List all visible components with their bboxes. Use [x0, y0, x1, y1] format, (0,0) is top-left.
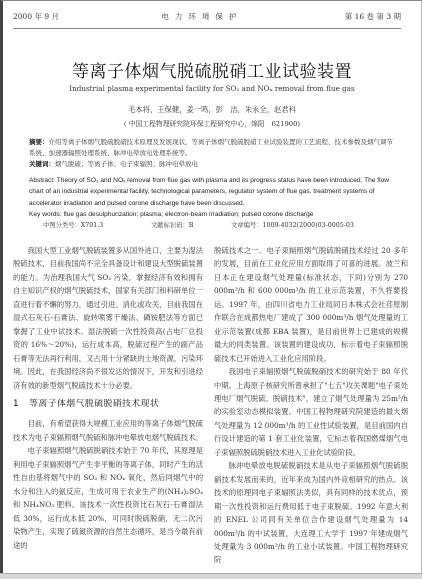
- journal-name: 电力环境保护: [161, 11, 242, 23]
- affiliation: ( 中国工程物理研究院环保工程研究中心，绵阳 621900): [3, 118, 421, 128]
- journal-page: 2000 年 9 月 电力环境保护 第 16 卷 第 3 期 等离子体烟气脱硫脱…: [0, 0, 422, 574]
- english-title: Industrial plasma experimental facility …: [3, 84, 421, 93]
- domestic-research-paragraph: 我国电子束辐照烟气脱硫脱硝技术的研究始于 80 年代中期。上海原子核研究所曾承担…: [214, 365, 408, 459]
- abstract-en: Abstract: Theory of SO₂ and NOₓ removal …: [29, 175, 399, 209]
- abstract-cn: 摘要：介绍等离子体烟气脱硫脱硝技术原理及发展现状，等离子体烟气脱硫脱硝工业试验装…: [29, 137, 399, 159]
- running-head: 2000 年 9 月 电力环境保护 第 16 卷 第 3 期: [13, 11, 401, 23]
- keywords-en: Key words: flue gas desulphurization; pl…: [29, 209, 399, 220]
- volume-issue: 第 16 卷 第 3 期: [345, 11, 401, 23]
- keywords-cn-label: 关键词：: [29, 160, 55, 168]
- header-rule: [13, 28, 401, 29]
- section-paragraph-2: 电子束辐照烟气脱硫脱硝技术始于 70 年代，其原理是利用电子束辐照烟气产生非平衡…: [13, 444, 203, 552]
- chinese-abstract-block: 摘要：介绍等离子体烟气脱硫脱硝技术原理及发展现状，等离子体烟气脱硫脱硝工业试验装…: [29, 137, 399, 170]
- keywords-en-label: Key words:: [29, 211, 62, 218]
- pulsed-corona-paragraph: 脉冲电晕放电脱硫脱硝技术是从电子束辐照烟气脱硫脱硝技术发展而来的，近年来成为国内…: [214, 459, 408, 567]
- section-title: 等离子体烟气脱硫脱硝技术现状: [29, 399, 159, 409]
- classification-row: 中图分类号：X701.3 文献标识码：B 文章编号：1009-4032(2000…: [43, 220, 401, 229]
- section-heading: 1等离子体烟气脱硫脱硝技术现状: [13, 398, 203, 411]
- viewer-bottom-edge: [0, 573, 422, 579]
- article-number: 文章编号：1009-4032(2000)03-0005-03: [231, 220, 354, 229]
- right-column: 脱硫技术之一。电子束辐照烟气脱硫脱硝技术经过 20 多年的发展，目前在工业化应用…: [214, 244, 408, 567]
- abstract-cn-label: 摘要：: [29, 138, 49, 146]
- english-abstract-block: Abstract: Theory of SO₂ and NOₓ removal …: [29, 175, 399, 220]
- abstract-cn-text: 介绍等离子体烟气脱硫脱硝技术原理及发展现状，等离子体烟气脱硫脱硝工业试验装置的工…: [29, 138, 393, 157]
- issue-date: 2000 年 9 月: [13, 11, 59, 23]
- section-paragraph-1: 目前，有希望获得大规模工业应用的等离子体烟气脱硫技术为电子束辐照烟气脱硫和脉冲电…: [13, 417, 203, 444]
- keywords-en-text: flue gas desulphurization; plasma; elect…: [63, 211, 313, 218]
- intro-paragraph: 我国大型工业烟气脱硫装置多从国外进口，主要为湿法脱硫技术，目前我国尚不完全具备设…: [13, 244, 203, 392]
- document-code: 文献标识码：B: [151, 220, 231, 229]
- abstract-en-text: Theory of SO₂ and NOₓ removal from flue …: [29, 177, 389, 207]
- continued-paragraph: 脱硫技术之一。电子束辐照烟气脱硫脱硝技术经过 20 多年的发展，目前在工业化应用…: [214, 244, 408, 365]
- abstract-en-label: Abstract:: [29, 177, 55, 184]
- author-list: 毛本将，王保健，姜一鸣，彭 洁，朱永全，赵君科: [3, 105, 421, 115]
- keywords-cn-text: 烟气脱硫；等离子体；电子束辐照；脉冲电晕放电: [55, 160, 198, 168]
- section-number: 1: [13, 399, 19, 409]
- paper-title: 等离子体烟气脱硫脱硝工业试验装置: [3, 57, 421, 82]
- left-column: 我国大型工业烟气脱硫装置多从国外进口，主要为湿法脱硫技术，目前我国尚不完全具备设…: [13, 244, 203, 552]
- keywords-cn: 关键词：烟气脱硫；等离子体；电子束辐照；脉冲电晕放电: [29, 159, 399, 170]
- clc-number: 中图分类号：X701.3: [43, 220, 151, 229]
